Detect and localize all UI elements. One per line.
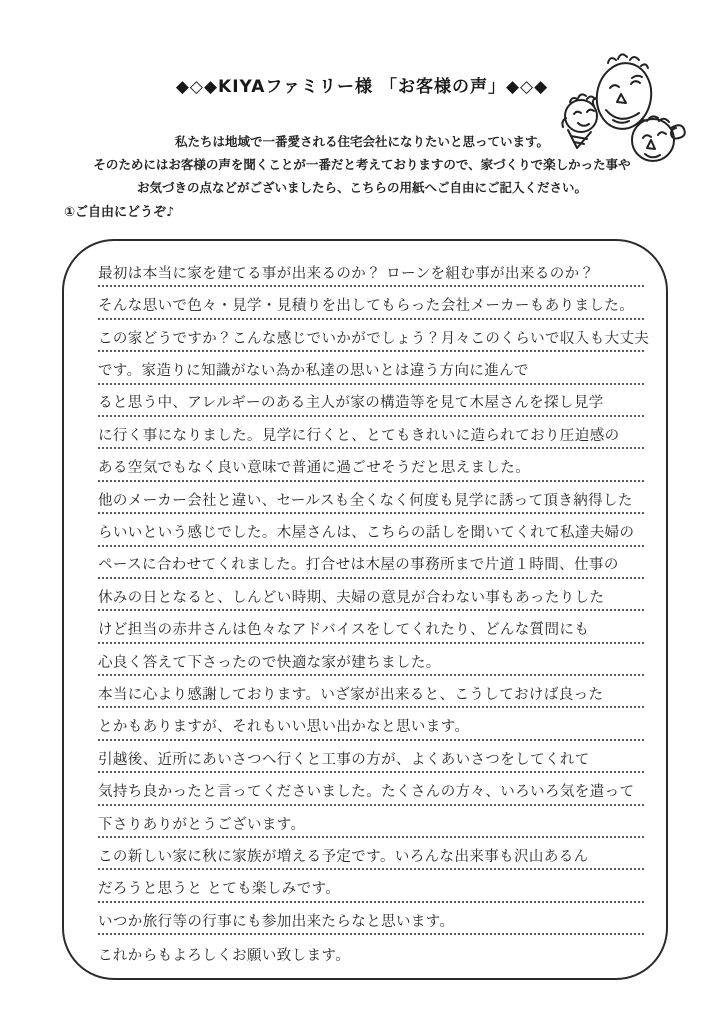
handwritten-line-4: です。家造りに知識がない為か私達の思いとは違う方向に進んで [98, 352, 644, 384]
handwritten-line-15: とかもありますが、それもいい思い出かなと思います。 [98, 708, 644, 740]
handwritten-line-21: いつか旅行等の行事にも参加出来たらなと思います。 [98, 903, 644, 935]
handwritten-line-22: これからもよろしくお願い致します。 [98, 935, 644, 967]
handwritten-line-14: 本当に心より感謝しております。いざ家が出来ると、こうしておけば良った [98, 676, 644, 708]
intro-line-3: お気づきの点などがございましたら、こちらの用紙へご自由にご記入ください。 [0, 176, 724, 199]
handwritten-line-3: この家どうですか？こんな感じでいかがでしょう？月々このくらいで収入も大丈夫 [98, 320, 644, 352]
handwritten-response-box: 最初は本当に家を建てる事が出来るのか？ ローンを組む事が出来るのか？ そんな思い… [62, 239, 668, 980]
handwritten-line-10: ペースに合わせてくれました。打合せは木屋の事務所まで片道１時間、仕事の [98, 547, 644, 579]
intro-text: 私たちは地域で一番愛される住宅会社になりたいと思っています。 そのためにはお客様… [0, 130, 724, 199]
handwritten-line-1: 最初は本当に家を建てる事が出来るのか？ ローンを組む事が出来るのか？ [98, 255, 644, 287]
handwritten-line-19: この新しい家に秋に家族が増える予定です。いろんな出来事も沢山あるん [98, 838, 644, 870]
intro-line-1: 私たちは地域で一番愛される住宅会社になりたいと思っています。 [0, 130, 724, 153]
handwritten-line-17: 気持ち良かったと言ってくださいました。たくさんの方々、いろいろ気を遣って [98, 773, 644, 805]
handwritten-line-7: ある空気でもなく良い意味で普通に過ごせそうだと思えました。 [98, 449, 644, 481]
handwritten-line-8: 他のメーカー会社と違い、セールスも全くなく何度も見学に誘って頂き納得した [98, 482, 644, 514]
handwritten-line-9: らいいという感じでした。木屋さんは、こちらの話しを聞いてくれて私達夫婦の [98, 514, 644, 546]
handwritten-line-11: 休みの日となると、しんどい時期、夫婦の意見が合わない事もあったりした [98, 579, 644, 611]
handwritten-line-13: 心良く答えて下さったので快適な家が建ちました。 [98, 644, 644, 676]
handwritten-line-20: だろうと思うと とても楽しみです。 [98, 870, 644, 902]
customer-voice-sheet: ◆◇◆KIYAファミリー様 「お客様の声」◆◇◆ [0, 0, 724, 1024]
free-writing-prompt: ①ご自由にどうぞ♪ [64, 201, 174, 220]
handwritten-line-2: そんな思いで色々・見学・見積りを出してもらった会社メーカーもありました。 [98, 287, 644, 319]
intro-line-2: そのためにはお客様の声を聞くことが一番だと考えておりますので、家づくりで楽しかっ… [0, 153, 724, 176]
handwritten-line-6: に行く事になりました。見学に行くと、とてもきれいに造られており圧迫感の [98, 417, 644, 449]
handwritten-line-12: けど担当の赤井さんは色々なアドバイスをしてくれたり、どんな質問にも [98, 611, 644, 643]
handwritten-line-16: 引越後、近所にあいさつへ行くと工事の方が、よくあいさつをしてくれて [98, 741, 644, 773]
handwritten-line-18: 下さりありがとうございます。 [98, 806, 644, 838]
handwritten-line-5: ると思う中、アレルギーのある主人が家の構造等を見て木屋さんを探し見学 [98, 385, 644, 417]
